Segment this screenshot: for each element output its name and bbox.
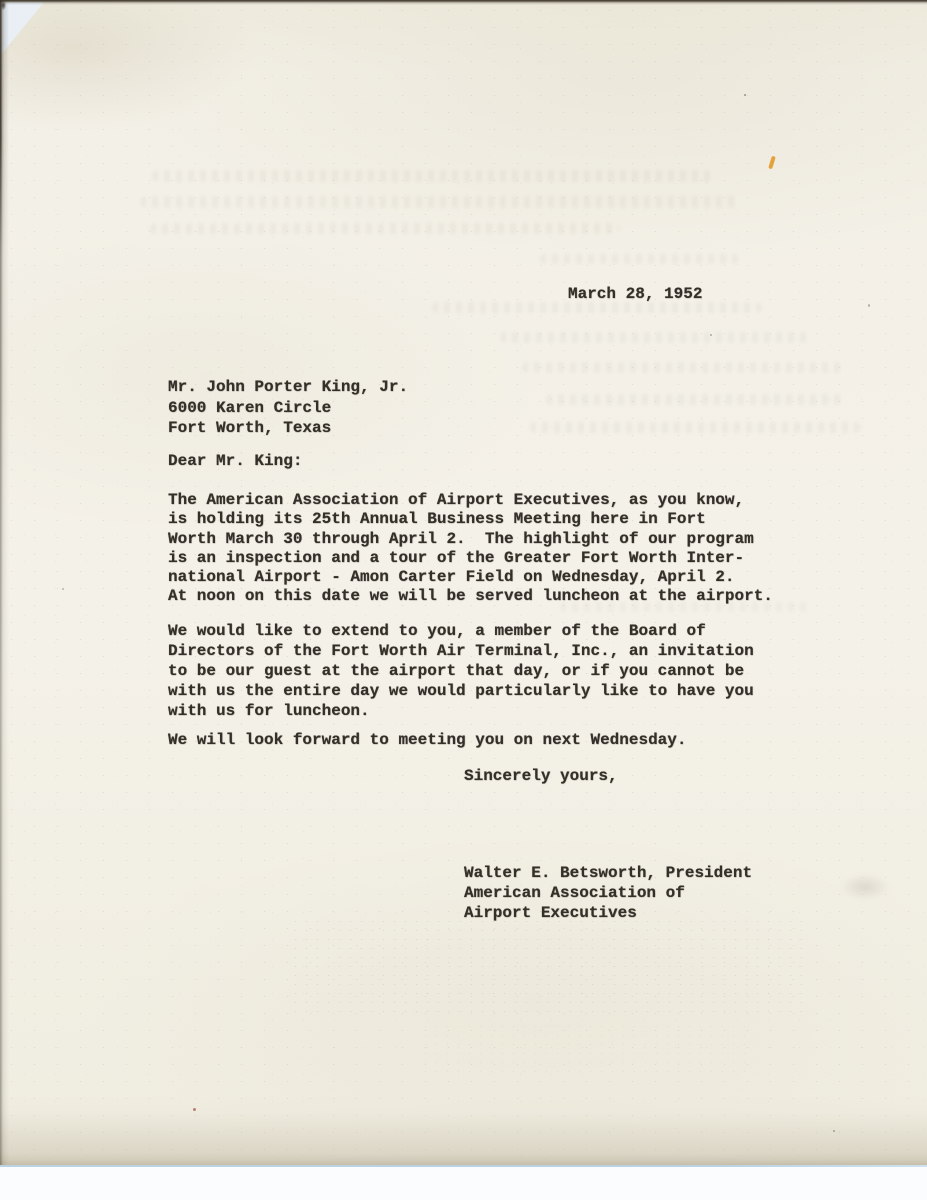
letter-paragraph-3: We will look forward to meeting you on n… (168, 731, 686, 750)
bleedthrough-smudge (500, 332, 810, 343)
bleedthrough-smudge (140, 196, 740, 208)
recipient-address: Mr. John Porter King, Jr. 6000 Karen Cir… (168, 377, 408, 439)
letter-sheet: March 28, 1952 Mr. John Porter King, Jr.… (0, 2, 927, 1165)
letter-paragraph-2: We would like to extend to you, a member… (168, 622, 754, 722)
salutation: Dear Mr. King: (168, 452, 302, 471)
bleedthrough-smudge (290, 917, 810, 1012)
bleedthrough-smudge (150, 223, 620, 234)
signature-block: Walter E. Betsworth, President American … (464, 863, 752, 924)
closing-salutation: Sincerely yours, (464, 767, 618, 786)
dust-speck (868, 304, 870, 307)
dust-speck (833, 1130, 835, 1132)
pencil-smudge-mark (832, 870, 898, 904)
dust-speck (744, 94, 746, 96)
dust-speck (710, 334, 712, 336)
bleedthrough-smudge (540, 254, 740, 264)
bleedthrough-smudge (546, 394, 846, 405)
bleedthrough-smudge (530, 422, 860, 433)
scanned-letter-page: March 28, 1952 Mr. John Porter King, Jr.… (0, 0, 927, 1200)
scan-bottom-line (0, 1165, 927, 1167)
date-line: March 28, 1952 (568, 285, 702, 304)
dust-speck (193, 1108, 196, 1111)
bleedthrough-smudge (152, 170, 712, 182)
dust-speck (62, 588, 64, 590)
orange-fleck-mark (768, 156, 776, 170)
letter-paragraph-1: The American Association of Airport Exec… (168, 491, 773, 607)
bleedthrough-smudge (522, 362, 842, 373)
bleedthrough-smudge (420, 1022, 750, 1072)
